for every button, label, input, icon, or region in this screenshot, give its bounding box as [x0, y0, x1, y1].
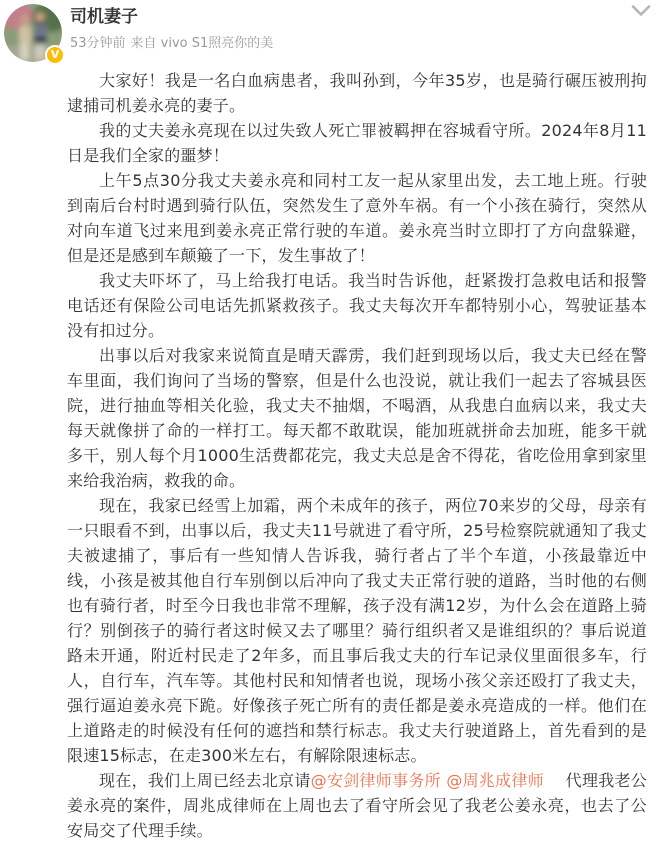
source-label[interactable]: 来自 vivo S1照亮你的美 — [131, 36, 274, 51]
post-meta: 53分钟前来自 vivo S1照亮你的美 — [70, 36, 273, 51]
timestamp: 53分钟前 — [70, 36, 126, 51]
post-paragraph: 现在，我家已经雪上加霜，两个未成年的孩子，两位70来岁的父母，母亲有一只眼看不到… — [67, 493, 647, 768]
post-text-segment: 现在，我家已经雪上加霜，两个未成年的孩子，两位70来岁的父母，母亲有一只眼看不到… — [67, 496, 647, 765]
post-text-segment: 出事以后对我家来说简直是晴天霹雳，我们赶到现场以后，我丈夫已经在警车里面，我们询… — [67, 346, 647, 490]
post-paragraph: 出事以后对我家来说简直是晴天霹雳，我们赶到现场以后，我丈夫已经在警车里面，我们询… — [67, 343, 647, 493]
post-text-segment: 大家好！我是一名白血病患者，我叫孙到，今年35岁，也是骑行碾压被刑拘逮捕司机姜永… — [67, 71, 647, 115]
post-header: V 司机妻子 53分钟前来自 vivo S1照亮你的美 — [0, 0, 660, 66]
post-text-segment: 我的丈夫姜永亮现在以过失致人死亡罪被羁押在容城看守所。2024年8月11日是我们… — [67, 121, 647, 165]
verified-badge-icon: V — [45, 45, 65, 65]
header-text: 司机妻子 53分钟前来自 vivo S1照亮你的美 — [70, 7, 273, 51]
chevron-down-icon[interactable] — [630, 3, 652, 19]
mention-link[interactable]: @周兆成律师 — [446, 771, 544, 790]
weibo-post-page: V 司机妻子 53分钟前来自 vivo S1照亮你的美 大家好！我是一名白血病患… — [0, 0, 660, 859]
mention-link[interactable]: @安剑律师事务所 — [311, 771, 441, 790]
post-paragraph: 大家好！我是一名白血病患者，我叫孙到，今年35岁，也是骑行碾压被刑拘逮捕司机姜永… — [67, 68, 647, 118]
post-content: 大家好！我是一名白血病患者，我叫孙到，今年35岁，也是骑行碾压被刑拘逮捕司机姜永… — [0, 66, 660, 843]
post-text-segment: 上午5点30分我丈夫姜永亮和同村工友一起从家里出发，去工地上班。行驶到南后台村时… — [67, 171, 647, 265]
post-text-segment: 我丈夫吓坏了，马上给我打电话。我当时告诉他，赶紧拨打急救电话和报警电话还有保险公… — [67, 271, 647, 340]
post-paragraph: 我丈夫吓坏了，马上给我打电话。我当时告诉他，赶紧拨打急救电话和报警电话还有保险公… — [67, 268, 647, 343]
post-paragraph: 现在，我们上周已经去北京请@安剑律师事务所 @周兆成律师 代理我老公姜永亮的案件… — [67, 768, 647, 843]
avatar[interactable]: V — [4, 4, 62, 62]
post-text-segment: 现在，我们上周已经去北京请 — [99, 771, 311, 790]
username[interactable]: 司机妻子 — [70, 7, 273, 27]
post-paragraph: 上午5点30分我丈夫姜永亮和同村工友一起从家里出发，去工地上班。行驶到南后台村时… — [67, 168, 647, 268]
post-paragraph: 我的丈夫姜永亮现在以过失致人死亡罪被羁押在容城看守所。2024年8月11日是我们… — [67, 118, 647, 168]
